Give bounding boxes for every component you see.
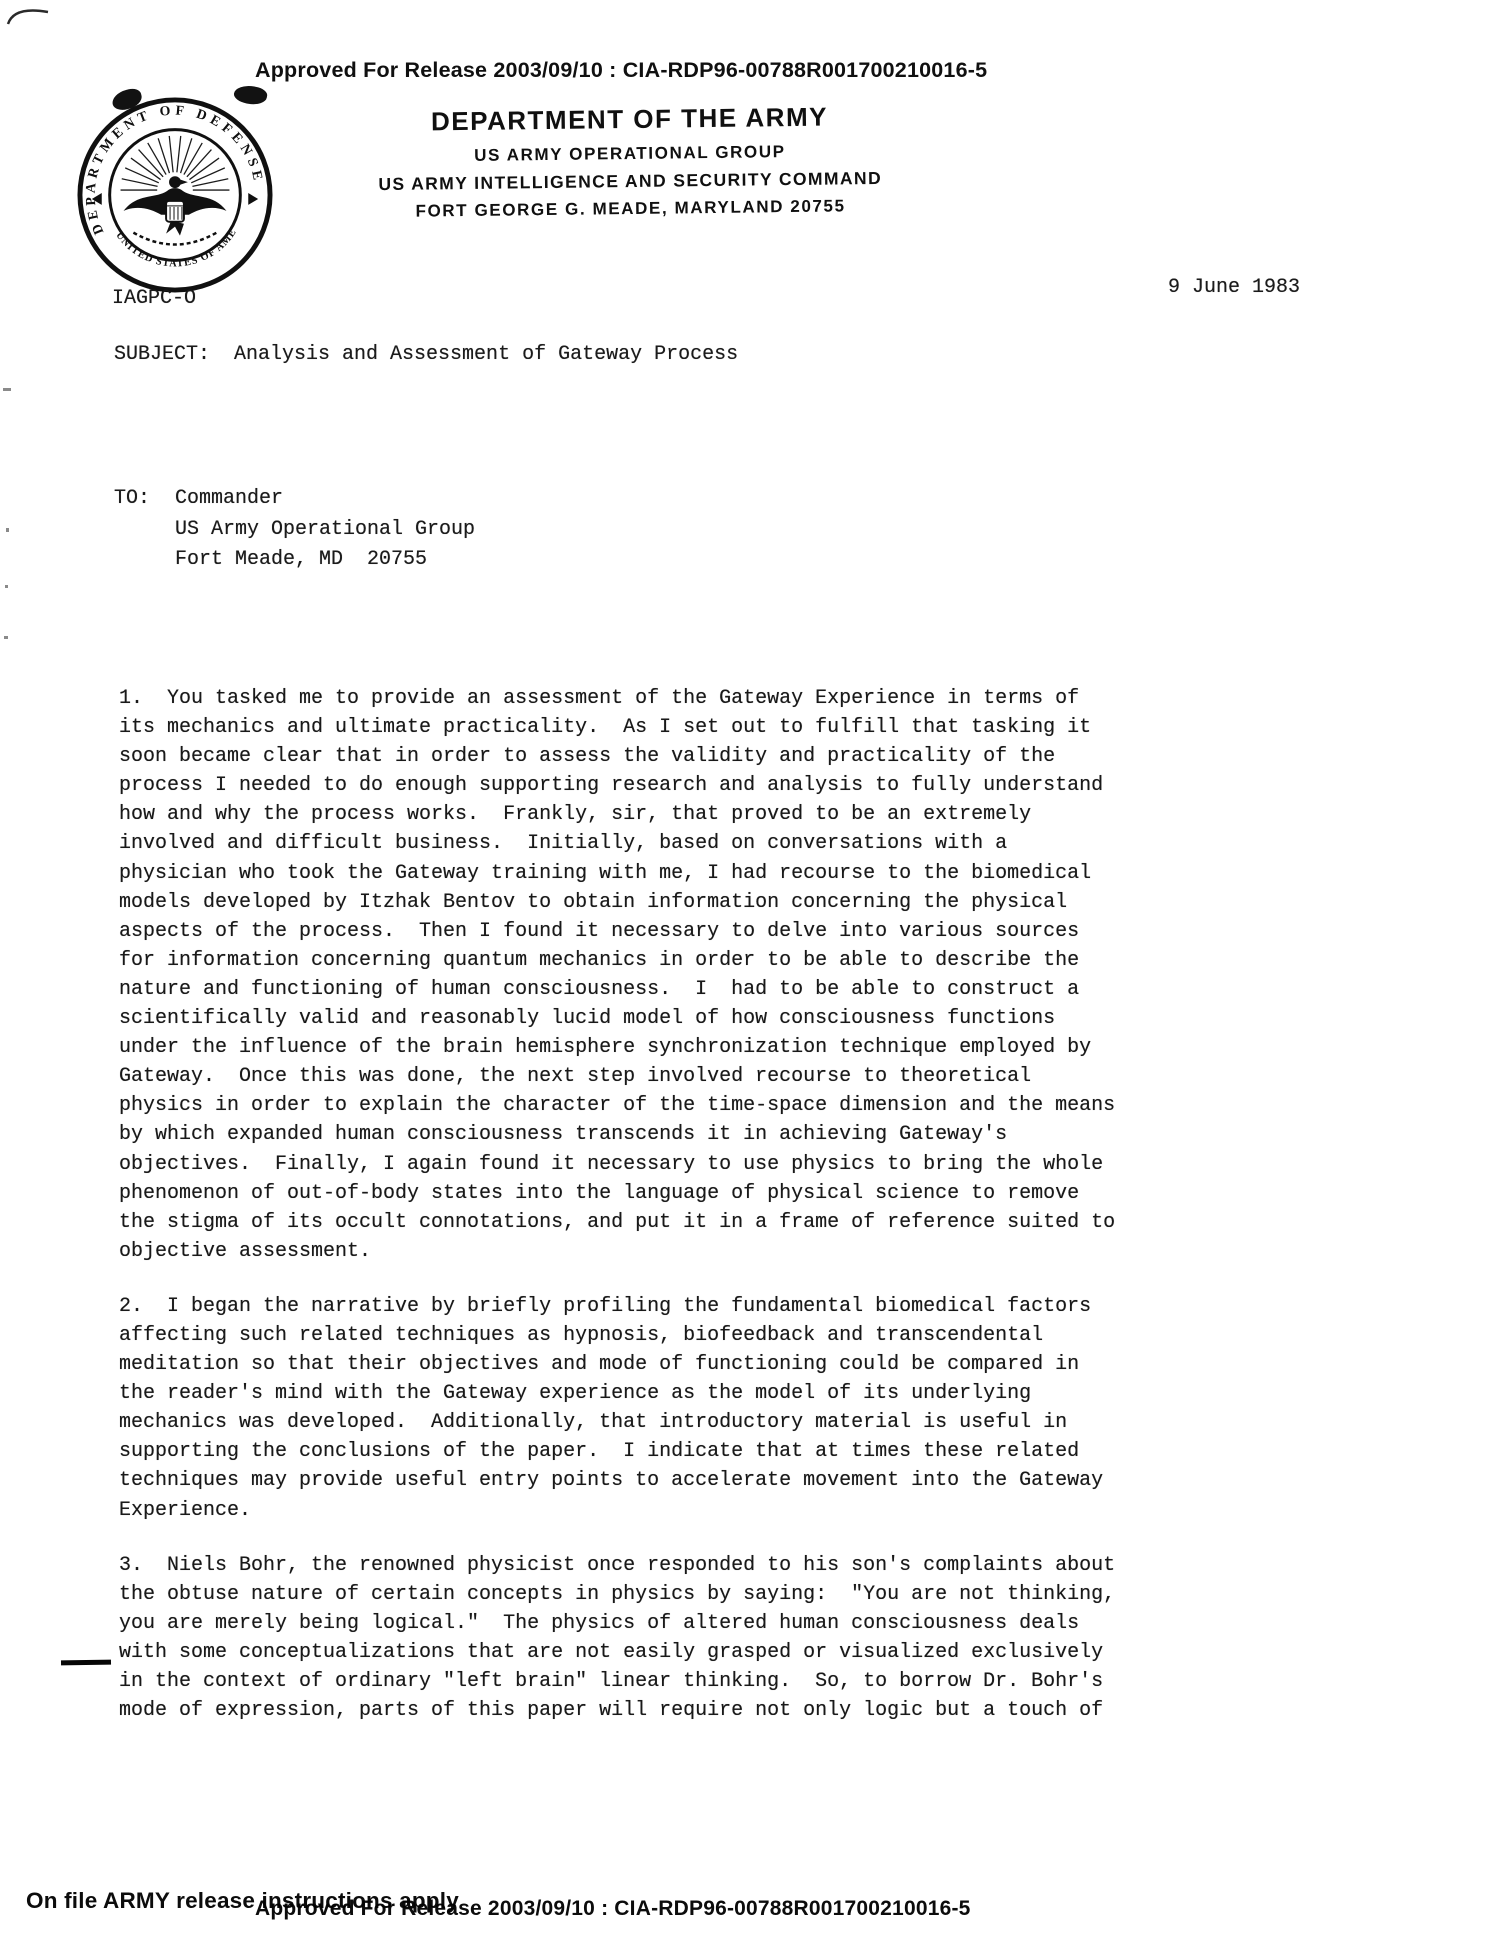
text-line: you are merely being logical." The physi…: [119, 1609, 1179, 1638]
text-line: the stigma of its occult connotations, a…: [119, 1208, 1179, 1237]
text-line: mechanics was developed. Additionally, t…: [119, 1408, 1179, 1437]
paragraph-1: 1. You tasked me to provide an assessmen…: [119, 684, 1179, 1266]
scan-speck: [5, 585, 8, 588]
to-address: CommanderUS Army Operational GroupFort M…: [175, 487, 475, 579]
text-line: models developed by Itzhak Bentov to obt…: [119, 888, 1179, 917]
text-line: in the context of ordinary "left brain" …: [119, 1667, 1179, 1696]
text-line: involved and difficult business. Initial…: [119, 829, 1179, 858]
scan-corner-artifact: [6, 2, 54, 34]
org-line-3: FORT GEORGE G. MEADE, MARYLAND 20755: [300, 195, 960, 223]
text-line: Experience.: [119, 1496, 1179, 1525]
dod-seal-icon: DEPARTMENT OF DEFENSE UNITED STATES OF A…: [76, 96, 274, 294]
text-line: Fort Meade, MD 20755: [175, 548, 475, 579]
office-symbol: IAGPC-O: [112, 287, 196, 310]
scan-speck: [6, 528, 9, 532]
text-line: supporting the conclusions of the paper.…: [119, 1437, 1179, 1466]
text-line: scientifically valid and reasonably luci…: [119, 1004, 1179, 1033]
approval-footer: Approved For Release 2003/09/10 : CIA-RD…: [255, 1897, 971, 1921]
scan-speck: [3, 388, 11, 391]
text-line: how and why the process works. Frankly, …: [119, 800, 1179, 829]
text-line: techniques may provide useful entry poin…: [119, 1466, 1179, 1495]
date: 9 June 1983: [1168, 276, 1300, 299]
text-line: Commander: [175, 487, 475, 518]
text-line: affecting such related techniques as hyp…: [119, 1321, 1179, 1350]
text-line: objectives. Finally, I again found it ne…: [119, 1150, 1179, 1179]
text-line: US Army Operational Group: [175, 518, 475, 549]
text-line: phenomenon of out-of-body states into th…: [119, 1179, 1179, 1208]
text-line: 1. You tasked me to provide an assessmen…: [119, 684, 1179, 713]
text-line: with some conceptualizations that are no…: [119, 1638, 1179, 1667]
org-line-2: US ARMY INTELLIGENCE AND SECURITY COMMAN…: [300, 167, 960, 196]
subject-line: SUBJECT: Analysis and Assessment of Gate…: [114, 343, 738, 366]
text-line: objective assessment.: [119, 1237, 1179, 1266]
text-line: by which expanded human consciousness tr…: [119, 1120, 1179, 1149]
text-line: process I needed to do enough supporting…: [119, 771, 1179, 800]
letter-body: 1. You tasked me to provide an assessmen…: [119, 684, 1179, 1751]
margin-mark: [61, 1660, 111, 1666]
department-title: DEPARTMENT OF THE ARMY: [299, 100, 959, 139]
text-line: meditation so that their objectives and …: [119, 1350, 1179, 1379]
eagle-emblem: [124, 176, 227, 244]
text-line: physics in order to explain the characte…: [119, 1091, 1179, 1120]
text-line: under the influence of the brain hemisph…: [119, 1033, 1179, 1062]
text-line: for information concerning quantum mecha…: [119, 946, 1179, 975]
document-page: Approved For Release 2003/09/10 : CIA-RD…: [0, 0, 1500, 1942]
letterhead: DEPARTMENT OF THE ARMY US ARMY OPERATION…: [299, 100, 960, 223]
approval-header: Approved For Release 2003/09/10 : CIA-RD…: [255, 58, 987, 83]
text-line: its mechanics and ultimate practicality.…: [119, 713, 1179, 742]
text-line: 3. Niels Bohr, the renowned physicist on…: [119, 1551, 1179, 1580]
text-line: 2. I began the narrative by briefly prof…: [119, 1292, 1179, 1321]
paragraph-2: 2. I began the narrative by briefly prof…: [119, 1292, 1179, 1525]
text-line: soon became clear that in order to asses…: [119, 742, 1179, 771]
text-line: physician who took the Gateway training …: [119, 859, 1179, 888]
text-line: mode of expression, parts of this paper …: [119, 1696, 1179, 1725]
text-line: the reader's mind with the Gateway exper…: [119, 1379, 1179, 1408]
text-line: aspects of the process. Then I found it …: [119, 917, 1179, 946]
to-label: TO:: [114, 487, 150, 510]
text-line: Gateway. Once this was done, the next st…: [119, 1062, 1179, 1091]
org-line-1: US ARMY OPERATIONAL GROUP: [300, 140, 960, 168]
text-line: nature and functioning of human consciou…: [119, 975, 1179, 1004]
text-line: the obtuse nature of certain concepts in…: [119, 1580, 1179, 1609]
scan-speck: [4, 636, 8, 639]
paragraph-3: 3. Niels Bohr, the renowned physicist on…: [119, 1551, 1179, 1726]
